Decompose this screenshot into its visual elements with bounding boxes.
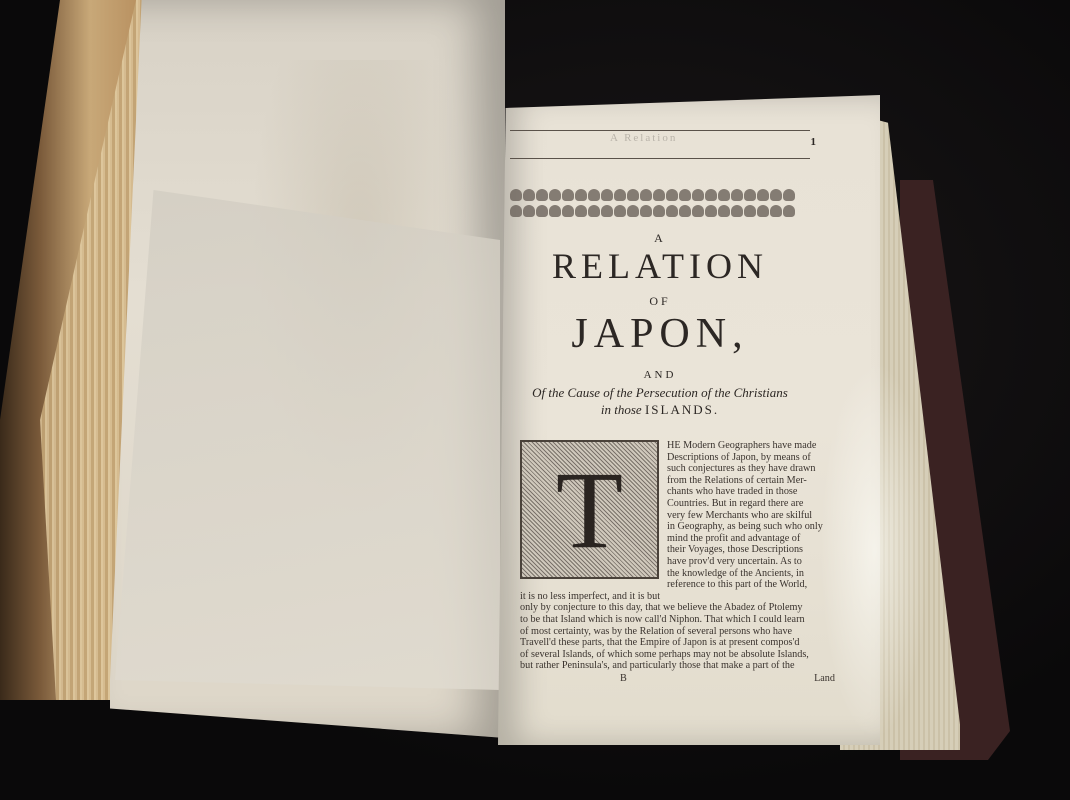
- subtitle-line-2: in those ISLANDS.: [510, 402, 810, 419]
- body-line: reference to this part of the World,: [520, 579, 835, 591]
- woodcut-drop-cap: T: [520, 440, 659, 579]
- header-rule-bottom: [510, 158, 810, 159]
- title-and: AND: [510, 369, 810, 381]
- body-text: T HE Modern Geographers have made Descri…: [520, 440, 835, 684]
- body-line: of most certainty, was by the Relation o…: [520, 626, 835, 638]
- signature-mark: B: [620, 673, 627, 685]
- page-header: A Relation 1: [510, 130, 810, 150]
- body-line: of several Islands, of which some perhap…: [520, 649, 835, 661]
- title-of: OF: [510, 294, 810, 309]
- title-japon: JAPON,: [510, 313, 810, 355]
- ornament-band: [510, 189, 800, 219]
- water-stain: [820, 360, 930, 740]
- subtitle-line-1: Of the Cause of the Persecution of the C…: [510, 385, 810, 402]
- body-line: but rather Peninsula's, and particularly…: [520, 660, 835, 672]
- catchword: Land: [814, 673, 835, 685]
- page-number: 1: [811, 136, 817, 148]
- page-footer: B Land: [520, 673, 835, 685]
- running-head: A Relation: [610, 132, 677, 144]
- title-block: A Relation 1 A RELATION OF JAPON, AND Of…: [510, 130, 810, 419]
- header-rule-top: [510, 130, 810, 131]
- body-line: it is no less imperfect, and it is but: [520, 591, 835, 603]
- body-line: to be that Island which is now call'd Ni…: [520, 614, 835, 626]
- subtitle: Of the Cause of the Persecution of the C…: [510, 385, 810, 419]
- title-relation: RELATION: [510, 248, 810, 284]
- body-line: Travell'd these parts, that the Empire o…: [520, 637, 835, 649]
- body-line: only by conjecture to this day, that we …: [520, 602, 835, 614]
- folded-map-sheet: [115, 190, 500, 690]
- title-a: A: [510, 231, 810, 246]
